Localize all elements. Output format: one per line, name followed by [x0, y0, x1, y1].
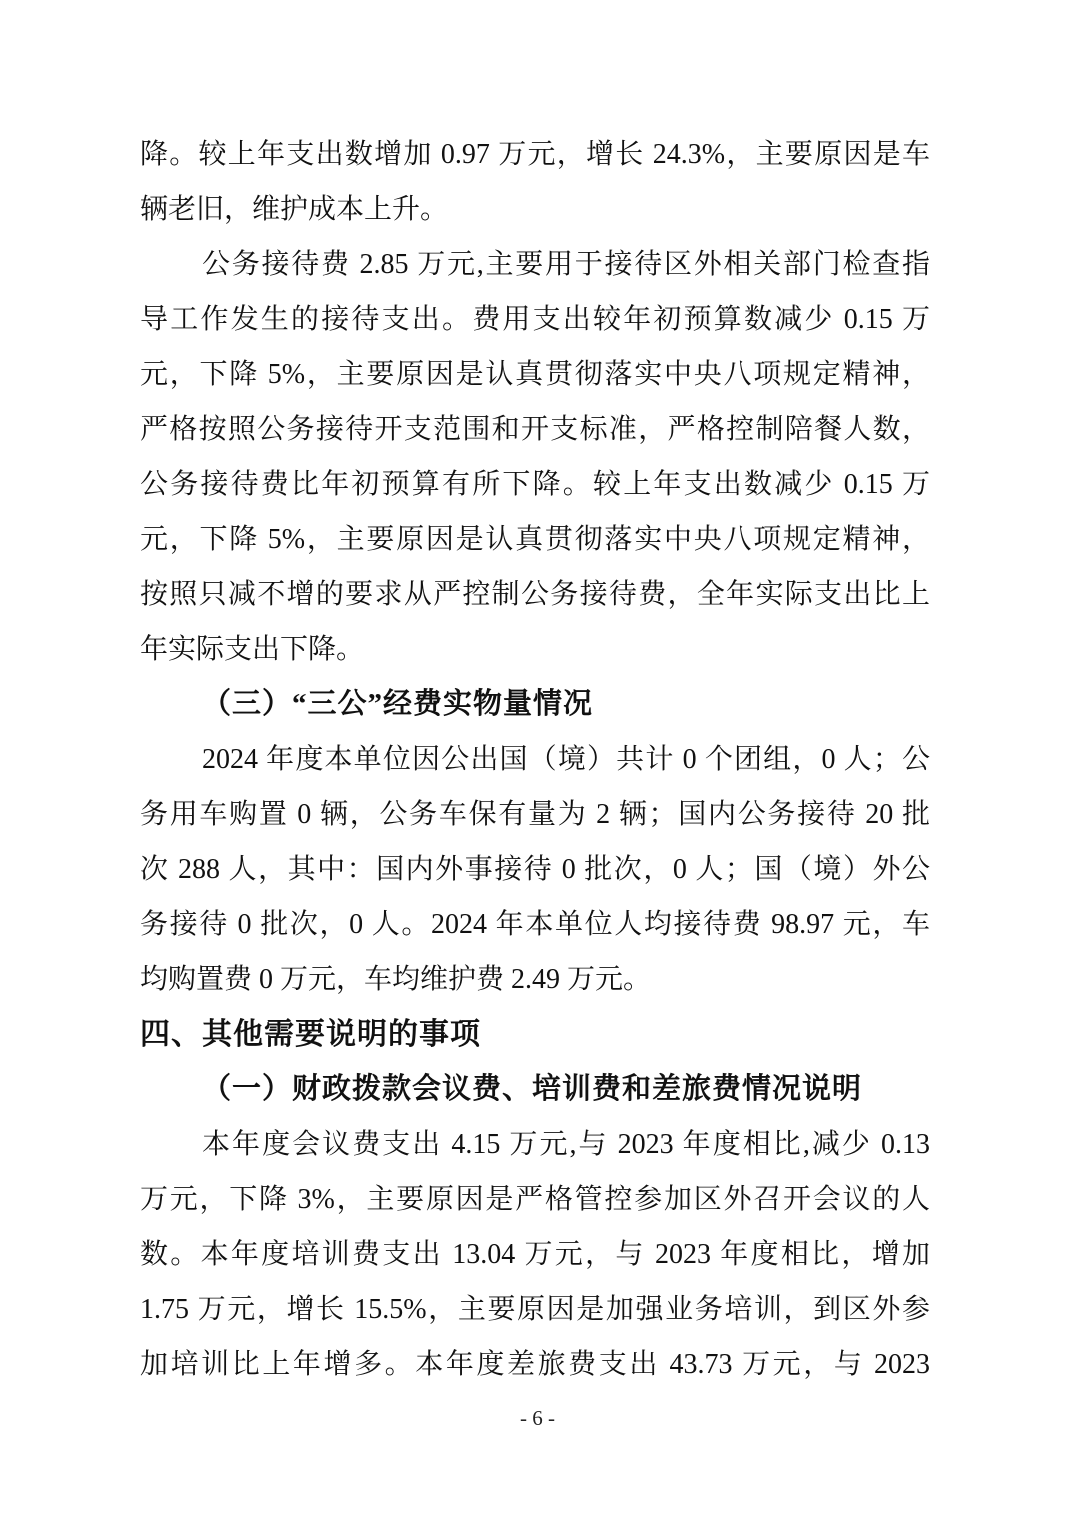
- text-line: 务接待 0 批次，0 人。2024 年本单位人均接待费 98.97 元，车: [140, 897, 930, 952]
- block-heading-hei: 四、其他需要说明的事项: [140, 1007, 930, 1062]
- text-line: 按照只减不增的要求从严控制公务接待费，全年实际支出比上: [140, 567, 930, 622]
- block-heading-kai: （三）“三公”经费实物量情况: [140, 677, 930, 732]
- block-body: 降。较上年支出数增加 0.97 万元，增长 24.3%，主要原因是车辆老旧，维护…: [140, 127, 930, 237]
- text-line: 万元，下降 3%，主要原因是严格管控参加区外召开会议的人: [140, 1172, 930, 1227]
- text-line: 降。较上年支出数增加 0.97 万元，增长 24.3%，主要原因是车: [140, 127, 930, 182]
- text-line: 辆老旧，维护成本上升。: [140, 182, 930, 237]
- block-heading-kai: （一）财政拨款会议费、培训费和差旅费情况说明: [140, 1062, 930, 1117]
- text-line: 严格按照公务接待开支范围和开支标准，严格控制陪餐人数，: [140, 402, 930, 457]
- text-line: 1.75 万元，增长 15.5%，主要原因是加强业务培训，到区外参: [140, 1282, 930, 1337]
- text-line: 数。本年度培训费支出 13.04 万元，与 2023 年度相比，增加: [140, 1227, 930, 1282]
- text-line: 元，下降 5%，主要原因是认真贯彻落实中央八项规定精神，: [140, 347, 930, 402]
- block-body: 本年度会议费支出 4.15 万元,与 2023 年度相比,减少 0.13万元，下…: [140, 1117, 930, 1392]
- document-body: 降。较上年支出数增加 0.97 万元，增长 24.3%，主要原因是车辆老旧，维护…: [140, 127, 930, 1392]
- text-line: 年实际支出下降。: [140, 622, 930, 677]
- text-line: 2024 年度本单位因公出国（境）共计 0 个团组，0 人；公: [140, 732, 930, 787]
- text-line: 导工作发生的接待支出。费用支出较年初预算数减少 0.15 万: [140, 292, 930, 347]
- document-page: 降。较上年支出数增加 0.97 万元，增长 24.3%，主要原因是车辆老旧，维护…: [0, 0, 1075, 1520]
- text-line: （一）财政拨款会议费、培训费和差旅费情况说明: [140, 1062, 930, 1117]
- text-line: 本年度会议费支出 4.15 万元,与 2023 年度相比,减少 0.13: [140, 1117, 930, 1172]
- block-body: 公务接待费 2.85 万元,主要用于接待区外相关部门检查指导工作发生的接待支出。…: [140, 237, 930, 677]
- text-line: 四、其他需要说明的事项: [140, 1007, 930, 1062]
- text-line: 公务接待费比年初预算有所下降。较上年支出数减少 0.15 万: [140, 457, 930, 512]
- page-number: - 6 -: [0, 1398, 1075, 1438]
- text-line: 加培训比上年增多。本年度差旅费支出 43.73 万元，与 2023: [140, 1337, 930, 1392]
- text-line: 务用车购置 0 辆，公务车保有量为 2 辆；国内公务接待 20 批: [140, 787, 930, 842]
- text-line: 均购置费 0 万元，车均维护费 2.49 万元。: [140, 952, 930, 1007]
- text-line: 元，下降 5%，主要原因是认真贯彻落实中央八项规定精神，: [140, 512, 930, 567]
- block-body: 2024 年度本单位因公出国（境）共计 0 个团组，0 人；公务用车购置 0 辆…: [140, 732, 930, 1007]
- text-line: 公务接待费 2.85 万元,主要用于接待区外相关部门检查指: [140, 237, 930, 292]
- text-line: 次 288 人，其中：国内外事接待 0 批次，0 人；国（境）外公: [140, 842, 930, 897]
- text-line: （三）“三公”经费实物量情况: [140, 677, 930, 732]
